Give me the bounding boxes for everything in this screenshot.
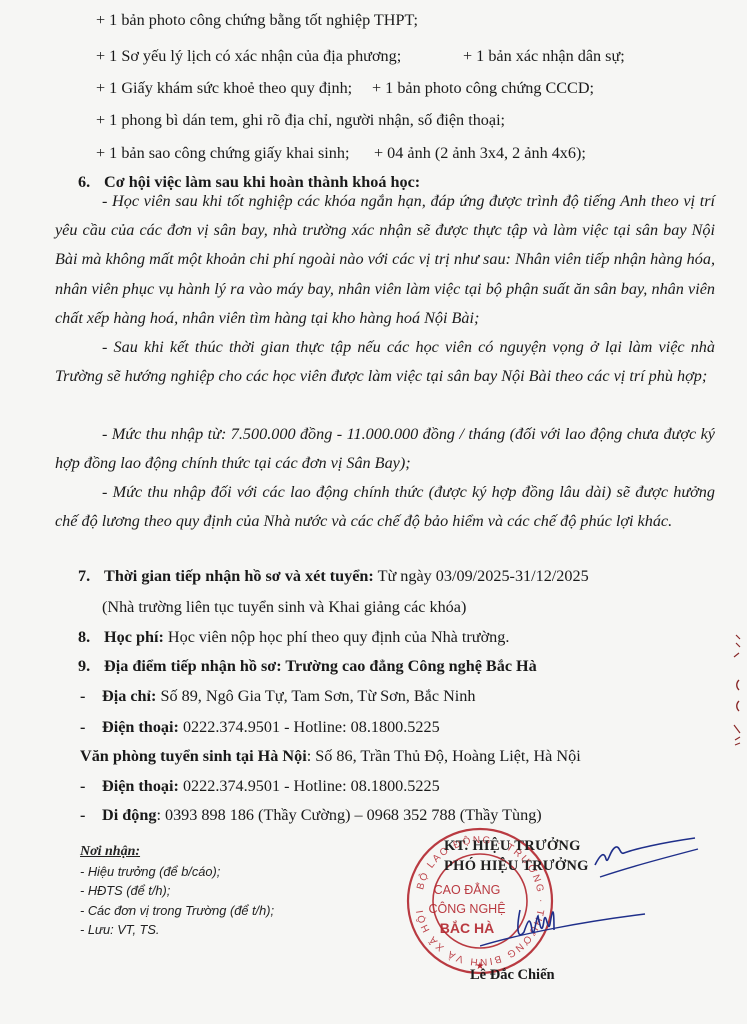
phone-label: Điện thoại:: [102, 718, 179, 736]
phone-value: 0222.374.9501 - Hotline: 08.1800.5225: [179, 718, 440, 736]
recipient-item: - Hiệu trưởng (để b/cáo);: [80, 862, 274, 882]
section9-heading: 9. Địa điểm tiếp nhận hồ sơ: Trường cao …: [78, 656, 537, 676]
recipient-item: - Các đơn vị trong Trường (để t/h);: [80, 901, 274, 921]
doc-item-1: + 1 bản photo công chứng bằng tốt nghiệp…: [96, 10, 418, 30]
phone-line: -Điện thoại: 0222.374.9501 - Hotline: 08…: [80, 717, 440, 737]
section6-paragraph-4: - Mức thu nhập đối với các lao động chín…: [55, 478, 715, 536]
document-page: + 1 bản photo công chứng bằng tốt nghiệp…: [0, 0, 747, 1024]
section9-number: 9.: [78, 656, 100, 676]
section6-paragraph-4-text: - Mức thu nhập đối với các lao động chín…: [55, 483, 715, 530]
section8-value: Học viên nộp học phí theo quy định của N…: [164, 628, 510, 646]
section7: 7. Thời gian tiếp nhận hồ sơ và xét tuyể…: [78, 566, 589, 586]
hanoi-office-address: : Số 86, Trần Thủ Độ, Hoàng Liệt, Hà Nội: [307, 747, 581, 765]
section6-paragraph-3-text: - Mức thu nhập từ: 7.500.000 đồng - 11.0…: [55, 425, 715, 472]
hanoi-phone-line: -Điện thoại: 0222.374.9501 - Hotline: 08…: [80, 776, 440, 796]
hanoi-office-label: Văn phòng tuyển sinh tại Hà Nội: [80, 747, 307, 765]
section7-number: 7.: [78, 566, 100, 586]
hanoi-office-line: Văn phòng tuyển sinh tại Hà Nội: Số 86, …: [80, 746, 581, 766]
section6-paragraph-2-text: - Sau khi kết thúc thời gian thực tập nế…: [55, 338, 715, 385]
section7-note: (Nhà trường liên tục tuyển sinh và Khai …: [102, 597, 466, 617]
signer-name: Lê Đắc Chiến: [470, 967, 555, 984]
section8: 8. Học phí: Học viên nộp học phí theo qu…: [78, 627, 509, 647]
section6-paragraph-1-text: - Học viên sau khi tốt nghiệp các khóa n…: [55, 192, 715, 327]
section6-paragraph-2: - Sau khi kết thúc thời gian thực tập nế…: [55, 333, 715, 391]
section7-value: Từ ngày 03/09/2025-31/12/2025: [374, 567, 589, 585]
mobile-value: : 0393 898 186 (Thầy Cường) – 0968 352 7…: [156, 806, 541, 824]
doc-item-8: + 04 ảnh (2 ảnh 3x4, 2 ảnh 4x6);: [374, 143, 586, 163]
signature-title-1: KT. HIỆU TRƯỞNG: [444, 836, 581, 856]
recipients-title: Nơi nhận:: [80, 842, 274, 862]
section8-title: Học phí:: [104, 628, 164, 646]
section6-paragraph-1: - Học viên sau khi tốt nghiệp các khóa n…: [55, 187, 715, 333]
recipients-block: Nơi nhận: - Hiệu trưởng (để b/cáo); - HĐ…: [80, 842, 274, 940]
section7-title: Thời gian tiếp nhận hồ sơ và xét tuyển:: [104, 567, 374, 585]
doc-item-7: + 1 bản sao công chứng giấy khai sinh;: [96, 143, 349, 163]
section9-title: Địa điểm tiếp nhận hồ sơ: Trường cao đẳn…: [104, 657, 537, 675]
section8-number: 8.: [78, 627, 100, 647]
margin-stamp-residue-icon: [730, 625, 746, 755]
recipient-item: - Lưu: VT, TS.: [80, 920, 274, 940]
initials-signature-icon: [590, 835, 700, 885]
doc-item-6: + 1 phong bì dán tem, ghi rõ địa chỉ, ng…: [96, 110, 505, 130]
address-line: -Địa chỉ: Số 89, Ngô Gia Tự, Tam Sơn, Từ…: [80, 686, 475, 706]
section6-paragraph-3: - Mức thu nhập từ: 7.500.000 đồng - 11.0…: [55, 420, 715, 478]
hanoi-phone-label: Điện thoại:: [102, 777, 179, 795]
mobile-label: Di động: [102, 806, 156, 824]
recipient-item: - HĐTS (để t/h);: [80, 881, 274, 901]
main-signature-icon: [480, 890, 650, 950]
hanoi-phone-value: 0222.374.9501 - Hotline: 08.1800.5225: [179, 777, 440, 795]
doc-item-2: + 1 Sơ yếu lý lịch có xác nhận của địa p…: [96, 46, 401, 66]
address-label: Địa chỉ:: [102, 687, 156, 705]
doc-item-3: + 1 bản xác nhận dân sự;: [463, 46, 625, 66]
signature-title-2: PHÓ HIỆU TRƯỞNG: [444, 856, 589, 876]
doc-item-5: + 1 bản photo công chứng CCCD;: [372, 78, 594, 98]
address-value: Số 89, Ngô Gia Tự, Tam Sơn, Từ Sơn, Bắc …: [156, 687, 475, 705]
doc-item-4: + 1 Giấy khám sức khoẻ theo quy định;: [96, 78, 352, 98]
mobile-line: -Di động: 0393 898 186 (Thầy Cường) – 09…: [80, 805, 542, 825]
